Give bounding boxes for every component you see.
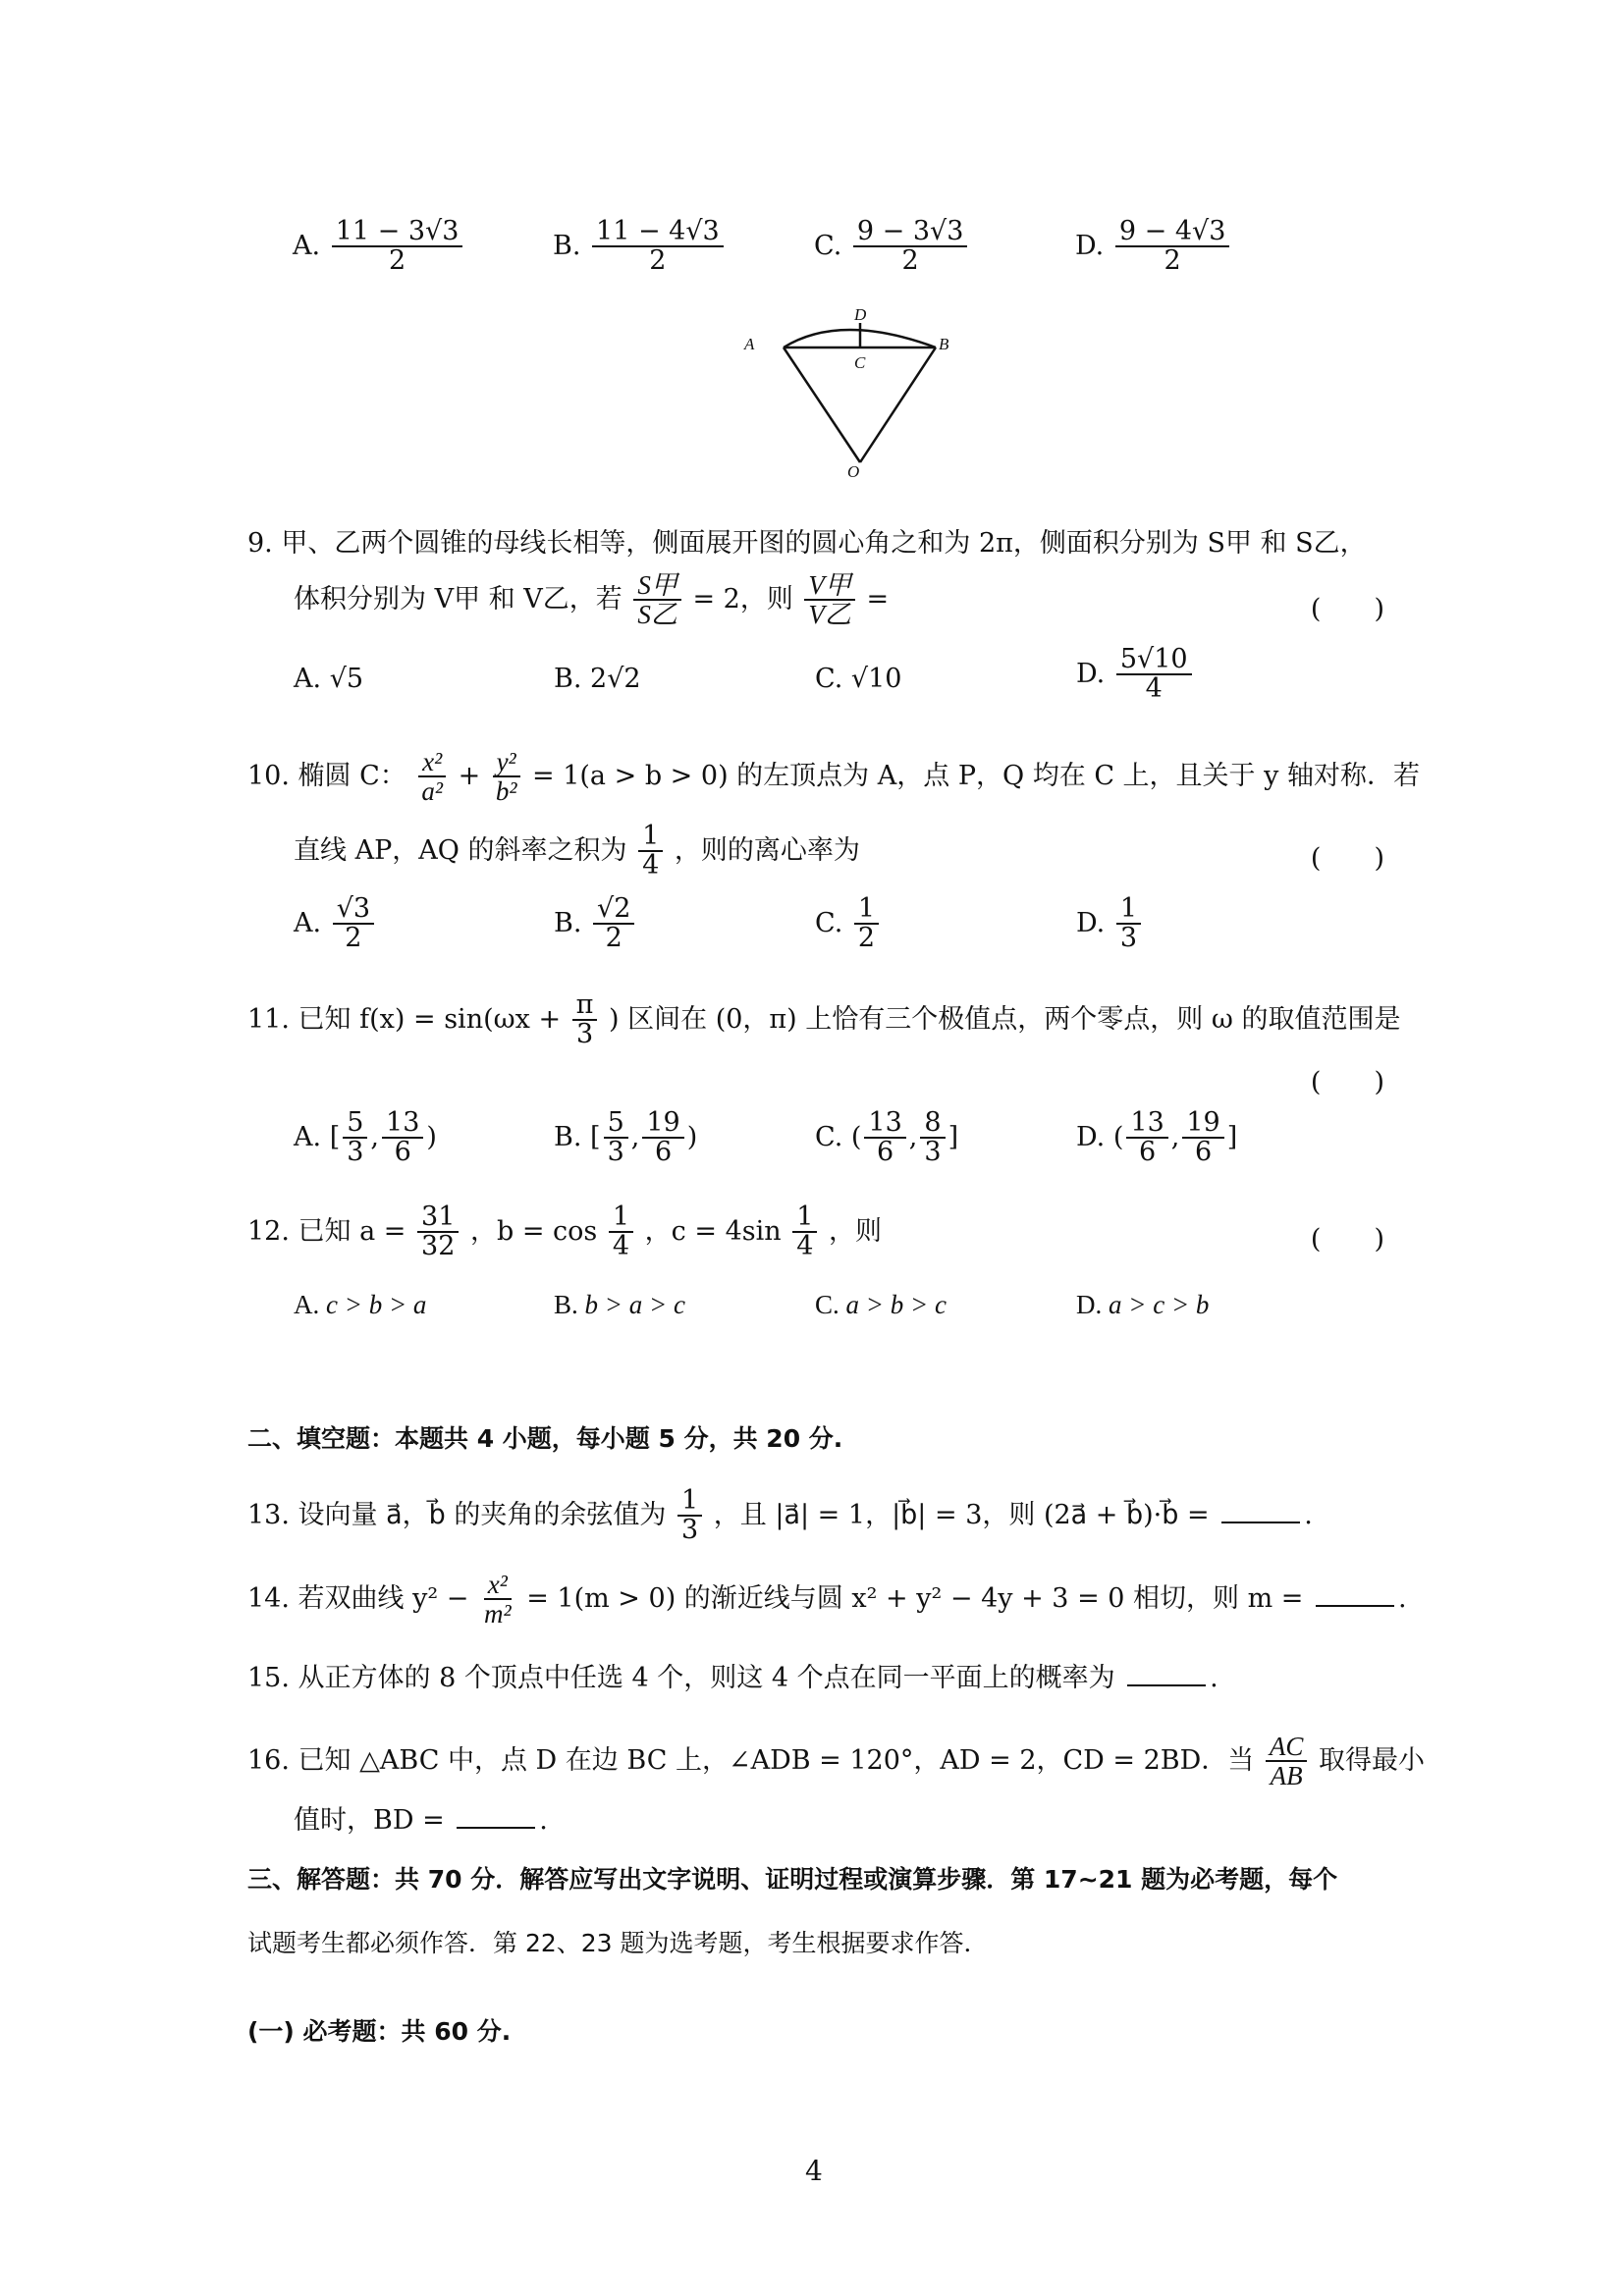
numerator: 5 — [343, 1109, 367, 1139]
numerator: 19 — [1182, 1109, 1223, 1139]
numerator: π — [572, 991, 598, 1021]
fraction: 83 — [920, 1109, 945, 1167]
q8-option-c: C. 9 − 3√32 — [814, 218, 970, 276]
fraction: 14 — [792, 1203, 817, 1261]
fraction: 13 — [1116, 895, 1141, 953]
denominator: 2 — [602, 925, 626, 952]
option-label: D. — [1076, 659, 1105, 689]
question-text: ，c = 4sin — [645, 1216, 782, 1247]
question-text: 已知 f(x) = sin(ωx + — [298, 1004, 562, 1035]
question-text: 直线 AP，AQ 的斜率之积为 — [294, 835, 626, 866]
fraction: 196 — [1182, 1109, 1223, 1167]
denominator: 3 — [572, 1021, 597, 1048]
q12-option-b: B. b > a > c — [554, 1290, 685, 1320]
q16-line2: 值时，BD = . — [294, 1803, 548, 1839]
q10-option-c: C. 12 — [815, 895, 882, 953]
numerator: 31 — [417, 1203, 459, 1233]
fraction: 14 — [638, 823, 663, 881]
q9-option-a: A. √5 — [294, 664, 363, 694]
answer-blank[interactable] — [457, 1803, 535, 1829]
numerator: 5√10 — [1116, 646, 1192, 675]
numerator: AC — [1266, 1733, 1308, 1762]
option-label: D. — [1076, 1290, 1102, 1319]
question-number: 10. — [247, 761, 290, 791]
operator: + — [459, 761, 481, 791]
fraction: ACAB — [1266, 1733, 1308, 1790]
bracket: [ — [330, 1122, 341, 1152]
denominator: 3 — [604, 1139, 628, 1166]
fraction: √22 — [593, 895, 634, 953]
numerator: 9 − 4√3 — [1115, 218, 1230, 247]
fraction: y²b² — [492, 748, 521, 806]
q9-option-c: C. √10 — [815, 664, 901, 694]
denominator: 4 — [792, 1233, 817, 1260]
q10-line2: 直线 AP，AQ 的斜率之积为 14 ，则的离心率为 — [294, 823, 860, 881]
answer-blank[interactable] — [1221, 1498, 1300, 1523]
numerator: 8 — [920, 1109, 945, 1139]
q12-option-c: C. a > b > c — [815, 1290, 947, 1320]
option-label: A. — [294, 908, 321, 938]
bracket: [ — [590, 1122, 601, 1152]
q12-line1: 12. 已知 a = 3132 ，b = cos 14 ，c = 4sin 14… — [247, 1203, 882, 1261]
numerator: 9 − 3√3 — [853, 218, 968, 247]
punctuation: . — [539, 1805, 548, 1836]
option-label: A. — [294, 1290, 319, 1319]
fraction: 136 — [382, 1109, 423, 1167]
fraction: 13 — [677, 1487, 702, 1545]
question-text: ，则 — [829, 1216, 882, 1247]
q11-option-c: C. (136,83] — [815, 1109, 958, 1167]
option-label: B. — [553, 231, 580, 261]
point-b-label: B — [939, 335, 948, 354]
numerator: 1 — [854, 895, 879, 925]
fraction: 11 − 4√32 — [592, 218, 724, 276]
question-text: 已知 △ABC 中，点 D 在边 BC 上，∠ADB = 120°，AD = 2… — [298, 1745, 1255, 1776]
denominator: 6 — [1191, 1139, 1216, 1166]
question-text: 取得最小 — [1319, 1745, 1425, 1776]
option-label: C. — [814, 231, 841, 261]
q8-option-d: D. 9 − 4√32 — [1075, 218, 1232, 276]
q12-option-a: A. c > b > a — [294, 1290, 426, 1320]
denominator: 3 — [343, 1139, 367, 1166]
option-label: C. — [815, 664, 842, 694]
q8-option-b: B. 11 − 4√32 — [553, 218, 727, 276]
option-label: D. — [1076, 1122, 1105, 1152]
q14-line1: 14. 若双曲线 y² − x²m² = 1(m > 0) 的渐近线与圆 x² … — [247, 1571, 1407, 1629]
option-text: 2√2 — [590, 664, 641, 694]
denominator: 6 — [1135, 1139, 1160, 1166]
numerator: 1 — [677, 1487, 702, 1517]
numerator: y² — [493, 748, 520, 777]
question-text: 已知 a = — [298, 1216, 406, 1247]
q11-option-b: B. [53,196) — [554, 1109, 697, 1167]
denominator: 6 — [651, 1139, 676, 1166]
numerator: S甲 — [633, 571, 681, 601]
denominator: 2 — [385, 247, 409, 275]
denominator: a² — [417, 777, 447, 805]
punctuation: . — [1398, 1583, 1407, 1614]
section-3-heading-line1: 三、解答题：共 70 分．解答应写出文字说明、证明过程或演算步骤．第 17~21… — [247, 1860, 1337, 1896]
question-text: = 2，则 — [692, 584, 792, 614]
denominator: 32 — [417, 1233, 459, 1260]
denominator: 2 — [854, 925, 879, 952]
denominator: 2 — [645, 247, 670, 275]
question-number: 14. — [247, 1583, 290, 1614]
denominator: 4 — [1142, 675, 1166, 703]
denominator: 2 — [1161, 247, 1185, 275]
question-text: 从正方体的 8 个顶点中任选 4 个，则这 4 个点在同一平面上的概率为 — [298, 1663, 1115, 1693]
question-text: ，b = cos — [470, 1216, 597, 1247]
q15-line1: 15. 从正方体的 8 个顶点中任选 4 个，则这 4 个点在同一平面上的概率为… — [247, 1661, 1218, 1696]
numerator: 1 — [1116, 895, 1141, 925]
denominator: 3 — [1116, 925, 1141, 952]
point-o-label: O — [847, 462, 859, 482]
numerator: 1 — [792, 1203, 817, 1233]
option-text: c > b > a — [326, 1290, 426, 1319]
section-2-heading: 二、填空题：本题共 4 小题，每小题 5 分，共 20 分. — [247, 1419, 842, 1455]
denominator: 2 — [341, 925, 365, 952]
question-number: 13. — [247, 1500, 290, 1530]
denominator: 2 — [898, 247, 923, 275]
denominator: 6 — [873, 1139, 897, 1166]
numerator: 11 − 4√3 — [592, 218, 724, 247]
denominator: 3 — [677, 1517, 702, 1544]
q11-line1: 11. 已知 f(x) = sin(ωx + π3 ) 区间在 (0，π) 上恰… — [247, 991, 1400, 1049]
subsection-1-heading: (一) 必考题：共 60 分. — [247, 2012, 511, 2048]
q9-line1: 9. 甲、乙两个圆锥的母线长相等，侧面展开图的圆心角之和为 2π，侧面积分别为 … — [247, 526, 1367, 561]
numerator: V甲 — [804, 571, 855, 601]
numerator: x² — [484, 1571, 512, 1600]
point-d-label: D — [854, 305, 866, 325]
denominator: 4 — [638, 852, 663, 880]
question-text: 椭圆 C： — [298, 761, 406, 791]
option-text: a > c > b — [1109, 1290, 1209, 1319]
option-label: A. — [294, 664, 321, 694]
question-text: = 1(m > 0) 的渐近线与圆 x² + y² − 4y + 3 = 0 相… — [526, 1583, 1303, 1614]
denominator: 4 — [609, 1233, 633, 1260]
numerator: 1 — [638, 823, 663, 852]
fraction: 11 − 3√32 — [332, 218, 463, 276]
fraction: 53 — [343, 1109, 367, 1167]
numerator: 13 — [864, 1109, 905, 1139]
denominator: S乙 — [633, 601, 681, 628]
point-c-label: C — [854, 353, 865, 373]
q11-option-a: A. [53,136) — [294, 1109, 437, 1167]
q9-option-d: D. 5√104 — [1076, 646, 1195, 704]
fraction: 12 — [854, 895, 879, 953]
option-label: D. — [1075, 231, 1104, 261]
sector-figure: A B C D O — [736, 299, 962, 486]
numerator: 19 — [642, 1109, 683, 1139]
denominator: b² — [492, 777, 521, 805]
numerator: 5 — [604, 1109, 628, 1139]
fraction: 136 — [864, 1109, 905, 1167]
question-number: 16. — [247, 1745, 290, 1776]
numerator: 11 − 3√3 — [332, 218, 463, 247]
denominator: 6 — [391, 1139, 415, 1166]
question-text: 值时，BD = — [294, 1805, 445, 1836]
denominator: 3 — [920, 1139, 945, 1166]
bracket: ( — [851, 1122, 862, 1152]
question-number: 9. — [247, 528, 273, 559]
bracket: ) — [426, 1122, 437, 1152]
question-text: 甲、乙两个圆锥的母线长相等，侧面展开图的圆心角之和为 2π，侧面积分别为 S甲 … — [281, 528, 1366, 559]
denominator: V乙 — [804, 601, 855, 628]
answer-blank[interactable] — [1316, 1581, 1394, 1607]
option-text: √5 — [330, 664, 363, 694]
page-number: 4 — [805, 2155, 823, 2187]
fraction: x²m² — [480, 1571, 515, 1629]
q16-line1: 16. 已知 △ABC 中，点 D 在边 BC 上，∠ADB = 120°，AD… — [247, 1733, 1425, 1790]
bracket: ] — [948, 1122, 959, 1152]
option-text: a > b > c — [846, 1290, 947, 1319]
q10-option-b: B. √22 — [554, 895, 637, 953]
question-number: 15. — [247, 1663, 290, 1693]
answer-parentheses: ( ) — [1311, 587, 1384, 625]
fraction: 5√104 — [1116, 646, 1192, 704]
bracket: ) — [687, 1122, 698, 1152]
fraction: 136 — [1126, 1109, 1167, 1167]
q10-option-d: D. 13 — [1076, 895, 1144, 953]
answer-parentheses: ( ) — [1311, 1060, 1384, 1098]
q10-line1: 10. 椭圆 C： x²a² + y²b² = 1(a > b > 0) 的左顶… — [247, 748, 1420, 806]
numerator: 1 — [609, 1203, 633, 1233]
question-text: 设向量 a⃗，b⃗ 的夹角的余弦值为 — [298, 1500, 667, 1530]
q11-option-d: D. (136,196] — [1076, 1109, 1237, 1167]
option-label: D. — [1076, 908, 1105, 938]
fraction: π3 — [572, 991, 598, 1049]
sector-diagram — [736, 299, 962, 486]
option-text: b > a > c — [585, 1290, 685, 1319]
option-label: A. — [293, 231, 320, 261]
question-text: ，且 |a⃗| = 1，|b⃗| = 3，则 (2a⃗ + b⃗)·b⃗ = — [714, 1500, 1210, 1530]
q8-option-a: A. 11 − 3√32 — [293, 218, 465, 276]
fraction: 196 — [642, 1109, 683, 1167]
denominator: AB — [1267, 1762, 1307, 1789]
question-text: 体积分别为 V甲 和 V乙，若 — [294, 584, 623, 614]
question-text: ，则的离心率为 — [675, 835, 860, 866]
question-text: = 1(a > b > 0) 的左顶点为 A，点 P，Q 均在 C 上，且关于 … — [532, 761, 1420, 791]
punctuation: . — [1304, 1500, 1313, 1530]
q13-line1: 13. 设向量 a⃗，b⃗ 的夹角的余弦值为 13 ，且 |a⃗| = 1，|b… — [247, 1487, 1313, 1545]
fraction: 14 — [609, 1203, 633, 1261]
numerator: x² — [418, 748, 446, 777]
question-text: ) 区间在 (0，π) 上恰有三个极值点，两个零点，则 ω 的取值范围是 — [609, 1004, 1400, 1035]
denominator: m² — [480, 1600, 515, 1628]
fraction: S甲S乙 — [633, 571, 681, 629]
q9-option-b: B. 2√2 — [554, 664, 641, 694]
option-label: B. — [554, 908, 581, 938]
fraction: 9 − 3√32 — [853, 218, 968, 276]
option-label: B. — [554, 1122, 581, 1152]
bracket: ( — [1113, 1122, 1124, 1152]
fraction: 9 − 4√32 — [1115, 218, 1230, 276]
answer-parentheses: ( ) — [1311, 836, 1384, 875]
numerator: √3 — [333, 895, 374, 925]
fraction: 53 — [604, 1109, 628, 1167]
point-a-label: A — [744, 335, 754, 354]
numerator: 13 — [1126, 1109, 1167, 1139]
bracket: ] — [1227, 1122, 1238, 1152]
fraction: V甲V乙 — [804, 571, 855, 629]
option-label: C. — [815, 908, 842, 938]
answer-parentheses: ( ) — [1311, 1217, 1384, 1255]
q9-line2: 体积分别为 V甲 和 V乙，若 S甲S乙 = 2，则 V甲V乙 = — [294, 571, 889, 629]
question-number: 11. — [247, 1004, 290, 1035]
numerator: 13 — [382, 1109, 423, 1139]
option-label: C. — [815, 1122, 842, 1152]
fraction: 3132 — [417, 1203, 459, 1261]
option-label: A. — [294, 1122, 321, 1152]
option-text: √10 — [851, 664, 902, 694]
answer-blank[interactable] — [1127, 1661, 1206, 1686]
section-3-heading-line2: 试题考生都必须作答．第 22、23 题为选考题，考生根据要求作答． — [247, 1924, 989, 1959]
q12-option-d: D. a > c > b — [1076, 1290, 1209, 1320]
option-label: B. — [554, 664, 581, 694]
numerator: √2 — [593, 895, 634, 925]
question-text: 若双曲线 y² − — [298, 1583, 469, 1614]
option-label: B. — [554, 1290, 578, 1319]
punctuation: . — [1210, 1663, 1218, 1693]
question-number: 12. — [247, 1216, 290, 1247]
q10-option-a: A. √32 — [294, 895, 377, 953]
fraction: x²a² — [417, 748, 447, 806]
option-label: C. — [815, 1290, 839, 1319]
question-text: = — [867, 584, 890, 614]
fraction: √32 — [333, 895, 374, 953]
